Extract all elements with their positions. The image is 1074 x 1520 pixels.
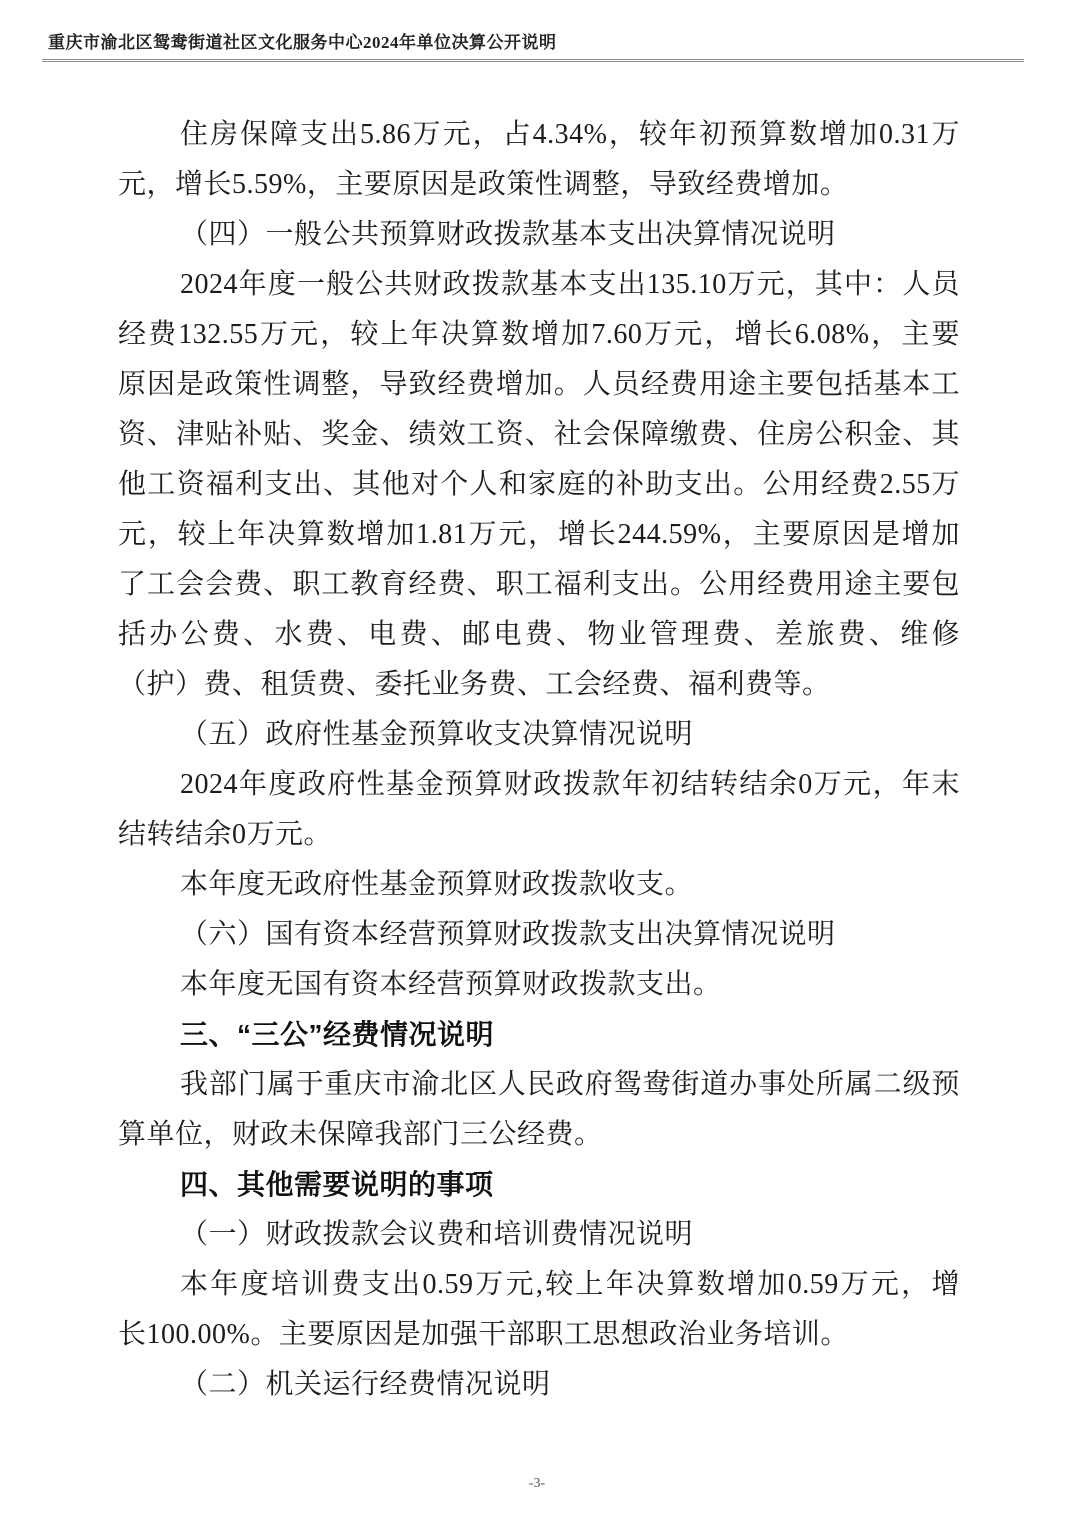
paragraph-line: 本年度培训费支出0.59万元,较上年决算数增加0.59万元，增 bbox=[118, 1260, 960, 1310]
paragraph-line: （护）费、租赁费、委托业务费、工会经费、福利费等。 bbox=[118, 660, 960, 710]
paragraph-line: 住房保障支出5.86万元，占4.34%，较年初预算数增加0.31万 bbox=[118, 110, 960, 160]
paragraph-line: 元，增长5.59%，主要原因是政策性调整，导致经费增加。 bbox=[118, 160, 960, 210]
subheading-section-5: （五）政府性基金预算收支决算情况说明 bbox=[118, 710, 960, 760]
paragraph-line: 经费132.55万元，较上年决算数增加7.60万元，增长6.08%，主要 bbox=[118, 310, 960, 360]
paragraph-line: 元，较上年决算数增加1.81万元，增长244.59%，主要原因是增加 bbox=[118, 510, 960, 560]
paragraph-line: 2024年度政府性基金预算财政拨款年初结转结余0万元，年末 bbox=[118, 760, 960, 810]
paragraph-line: 了工会会费、职工教育经费、职工福利支出。公用经费用途主要包 bbox=[118, 560, 960, 610]
document-page: 重庆市渝北区鸳鸯街道社区文化服务中心2024年单位决算公开说明 住房保障支出5.… bbox=[0, 0, 1074, 1520]
paragraph-line: 括办公费、水费、电费、邮电费、物业管理费、差旅费、维修 bbox=[118, 610, 960, 660]
document-footer: -3- bbox=[0, 1476, 1074, 1492]
subheading-section-2: （二）机关运行经费情况说明 bbox=[118, 1360, 960, 1410]
subheading-section-4: （四）一般公共预算财政拨款基本支出决算情况说明 bbox=[118, 210, 960, 260]
section-heading-3: 三、“三公”经费情况说明 bbox=[118, 1010, 960, 1060]
document-header: 重庆市渝北区鸳鸯街道社区文化服务中心2024年单位决算公开说明 bbox=[42, 0, 1024, 62]
paragraph-line: 本年度无政府性基金预算财政拨款收支。 bbox=[118, 860, 960, 910]
section-heading-4: 四、其他需要说明的事项 bbox=[118, 1160, 960, 1210]
paragraph-line: 本年度无国有资本经营预算财政拨款支出。 bbox=[118, 960, 960, 1010]
paragraph-line: 算单位，财政未保障我部门三公经费。 bbox=[118, 1110, 960, 1160]
paragraph-line: 长100.00%。主要原因是加强干部职工思想政治业务培训。 bbox=[118, 1310, 960, 1360]
document-body: 住房保障支出5.86万元，占4.34%，较年初预算数增加0.31万 元，增长5.… bbox=[118, 110, 960, 1410]
paragraph-line: 资、津贴补贴、奖金、绩效工资、社会保障缴费、住房公积金、其 bbox=[118, 410, 960, 460]
paragraph-line: 2024年度一般公共财政拨款基本支出135.10万元，其中：人员 bbox=[118, 260, 960, 310]
subheading-section-6: （六）国有资本经营预算财政拨款支出决算情况说明 bbox=[118, 910, 960, 960]
paragraph-line: 我部门属于重庆市渝北区人民政府鸳鸯街道办事处所属二级预 bbox=[118, 1060, 960, 1110]
paragraph-line: 原因是政策性调整，导致经费增加。人员经费用途主要包括基本工 bbox=[118, 360, 960, 410]
page-number: -3- bbox=[529, 1476, 545, 1491]
header-title: 重庆市渝北区鸳鸯街道社区文化服务中心2024年单位决算公开说明 bbox=[42, 28, 1024, 53]
paragraph-line: 结转结余0万元。 bbox=[118, 810, 960, 860]
paragraph-line: 他工资福利支出、其他对个人和家庭的补助支出。公用经费2.55万 bbox=[118, 460, 960, 510]
subheading-section-1: （一）财政拨款会议费和培训费情况说明 bbox=[118, 1210, 960, 1260]
